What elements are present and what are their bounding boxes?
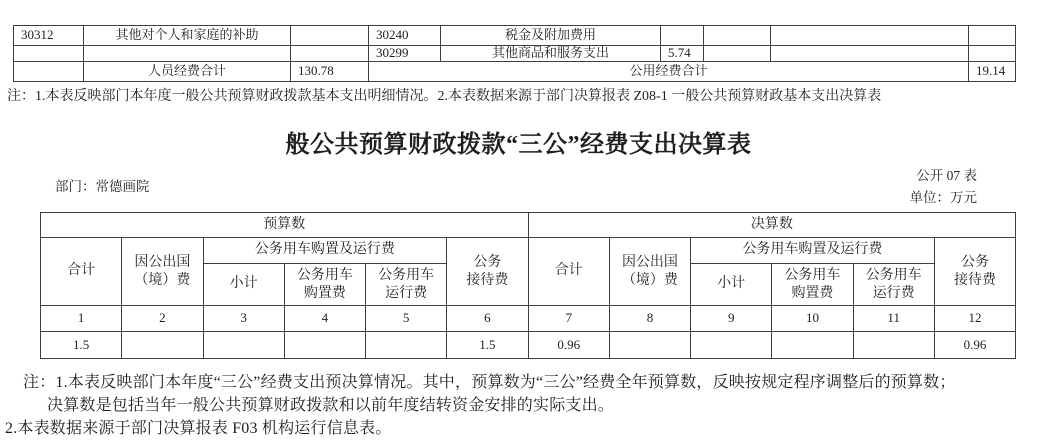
empty-cell — [771, 46, 969, 62]
column-header-row: 合计 因公出国 （境）费 公务用车购置及运行费 公务 接待费 合计 因公出国 （… — [41, 238, 1016, 264]
table-row: 30312 其他对个人和家庭的补助 30240 税金及附加费用 — [14, 26, 1016, 46]
expense-amount-cell: 5.74 — [661, 46, 704, 62]
table-row: 30299 其他商品和服务支出 5.74 — [14, 46, 1016, 62]
value-cell — [284, 332, 365, 359]
value-cell — [772, 332, 853, 359]
budget-reception-header: 公务 接待费 — [447, 238, 528, 306]
final-total-header: 合计 — [528, 238, 609, 306]
column-number-cell: 5 — [366, 306, 447, 332]
expense-code-cell: 30299 — [369, 46, 441, 62]
expense-amount-cell — [291, 46, 369, 62]
basic-table-footnote: 注：1.本表反映部门本年度一般公共预算财政拨款基本支出明细情况。2.本表数据来源… — [7, 85, 881, 105]
footnote-line-1: 注：1.本表反映部门本年度“三公”经费支出预决算情况。其中，预算数为“三公”经费… — [23, 369, 956, 392]
column-number-cell: 12 — [934, 306, 1015, 332]
value-cell: 1.5 — [447, 332, 528, 359]
column-number-cell: 8 — [609, 306, 690, 332]
final-vehicle-group-header: 公务用车购置及运行费 — [691, 238, 935, 264]
empty-cell — [969, 46, 1016, 62]
value-cell — [691, 332, 772, 359]
column-number-cell: 1 — [41, 306, 122, 332]
footnote-line-2: 决算数是包括当年一般公共预算财政拨款和以前年度结转资金安排的实际支出。 — [47, 392, 614, 415]
empty-cell — [704, 26, 771, 46]
footnote-line-3: 2.本表数据来源于部门决算报表 F03 机构运行信息表。 — [5, 415, 392, 438]
value-cell — [853, 332, 934, 359]
empty-cell — [704, 46, 771, 62]
value-cell — [366, 332, 447, 359]
column-number-cell: 7 — [528, 306, 609, 332]
expense-name-cell — [84, 46, 291, 62]
expense-amount-cell — [661, 26, 704, 46]
column-number-cell: 10 — [772, 306, 853, 332]
final-group-header: 决算数 — [528, 213, 1016, 238]
column-number-cell: 2 — [122, 306, 203, 332]
budget-operation-header: 公务用车 运行费 — [366, 264, 447, 306]
column-number-cell: 3 — [203, 306, 284, 332]
unit-label: 单位：万元 — [910, 187, 978, 209]
value-cell: 1.5 — [41, 332, 122, 359]
expense-code-cell — [14, 46, 84, 62]
table-row-totals: 人员经费合计 130.78 公用经费合计 19.14 — [14, 61, 1016, 81]
column-number-cell: 6 — [447, 306, 528, 332]
table-code-label: 公开 07 表 — [910, 165, 978, 187]
public-total-amount-cell: 19.14 — [969, 61, 1016, 81]
final-subtotal-header: 小计 — [691, 264, 772, 306]
final-abroad-header: 因公出国 （境）费 — [609, 238, 690, 306]
table-meta: 公开 07 表 单位：万元 — [910, 165, 978, 209]
empty-cell — [14, 61, 84, 81]
final-purchase-header: 公务用车 购置费 — [772, 264, 853, 306]
data-value-row: 1.5 1.5 0.96 0.96 — [41, 332, 1016, 359]
value-cell — [203, 332, 284, 359]
budget-subtotal-header: 小计 — [203, 264, 284, 306]
column-number-cell: 11 — [853, 306, 934, 332]
final-operation-header: 公务用车 运行费 — [853, 264, 934, 306]
document-page: 30312 其他对个人和家庭的补助 30240 税金及附加费用 30299 其他… — [0, 0, 1037, 446]
value-cell: 0.96 — [528, 332, 609, 359]
expense-code-cell: 30240 — [369, 26, 441, 46]
value-cell: 0.96 — [934, 332, 1015, 359]
three-public-expense-table: 预算数 决算数 合计 因公出国 （境）费 公务用车购置及运行费 公务 接待费 合… — [40, 212, 1016, 359]
personnel-total-amount-cell: 130.78 — [291, 61, 369, 81]
expense-code-cell: 30312 — [14, 26, 84, 46]
empty-cell — [969, 26, 1016, 46]
final-reception-header: 公务 接待费 — [934, 238, 1015, 306]
value-cell — [122, 332, 203, 359]
group-header-row: 预算数 决算数 — [41, 213, 1016, 238]
expense-name-cell: 税金及附加费用 — [441, 26, 661, 46]
column-number-row: 1 2 3 4 5 6 7 8 9 10 11 12 — [41, 306, 1016, 332]
column-number-cell: 9 — [691, 306, 772, 332]
budget-purchase-header: 公务用车 购置费 — [284, 264, 365, 306]
page-title: 般公共预算财政拨款“三公”经费支出决算表 — [0, 124, 1037, 159]
budget-vehicle-group-header: 公务用车购置及运行费 — [203, 238, 447, 264]
public-total-label-cell: 公用经费合计 — [369, 61, 969, 81]
column-number-cell: 4 — [284, 306, 365, 332]
value-cell — [609, 332, 690, 359]
empty-cell — [771, 26, 969, 46]
expense-name-cell: 其他对个人和家庭的补助 — [84, 26, 291, 46]
expense-name-cell: 其他商品和服务支出 — [441, 46, 661, 62]
budget-group-header: 预算数 — [41, 213, 529, 238]
basic-expenditure-table-fragment: 30312 其他对个人和家庭的补助 30240 税金及附加费用 30299 其他… — [13, 25, 1016, 82]
department-label: 部门：常德画院 — [55, 175, 150, 195]
expense-amount-cell — [291, 26, 369, 46]
budget-total-header: 合计 — [41, 238, 122, 306]
personnel-total-label-cell: 人员经费合计 — [84, 61, 291, 81]
budget-abroad-header: 因公出国 （境）费 — [122, 238, 203, 306]
